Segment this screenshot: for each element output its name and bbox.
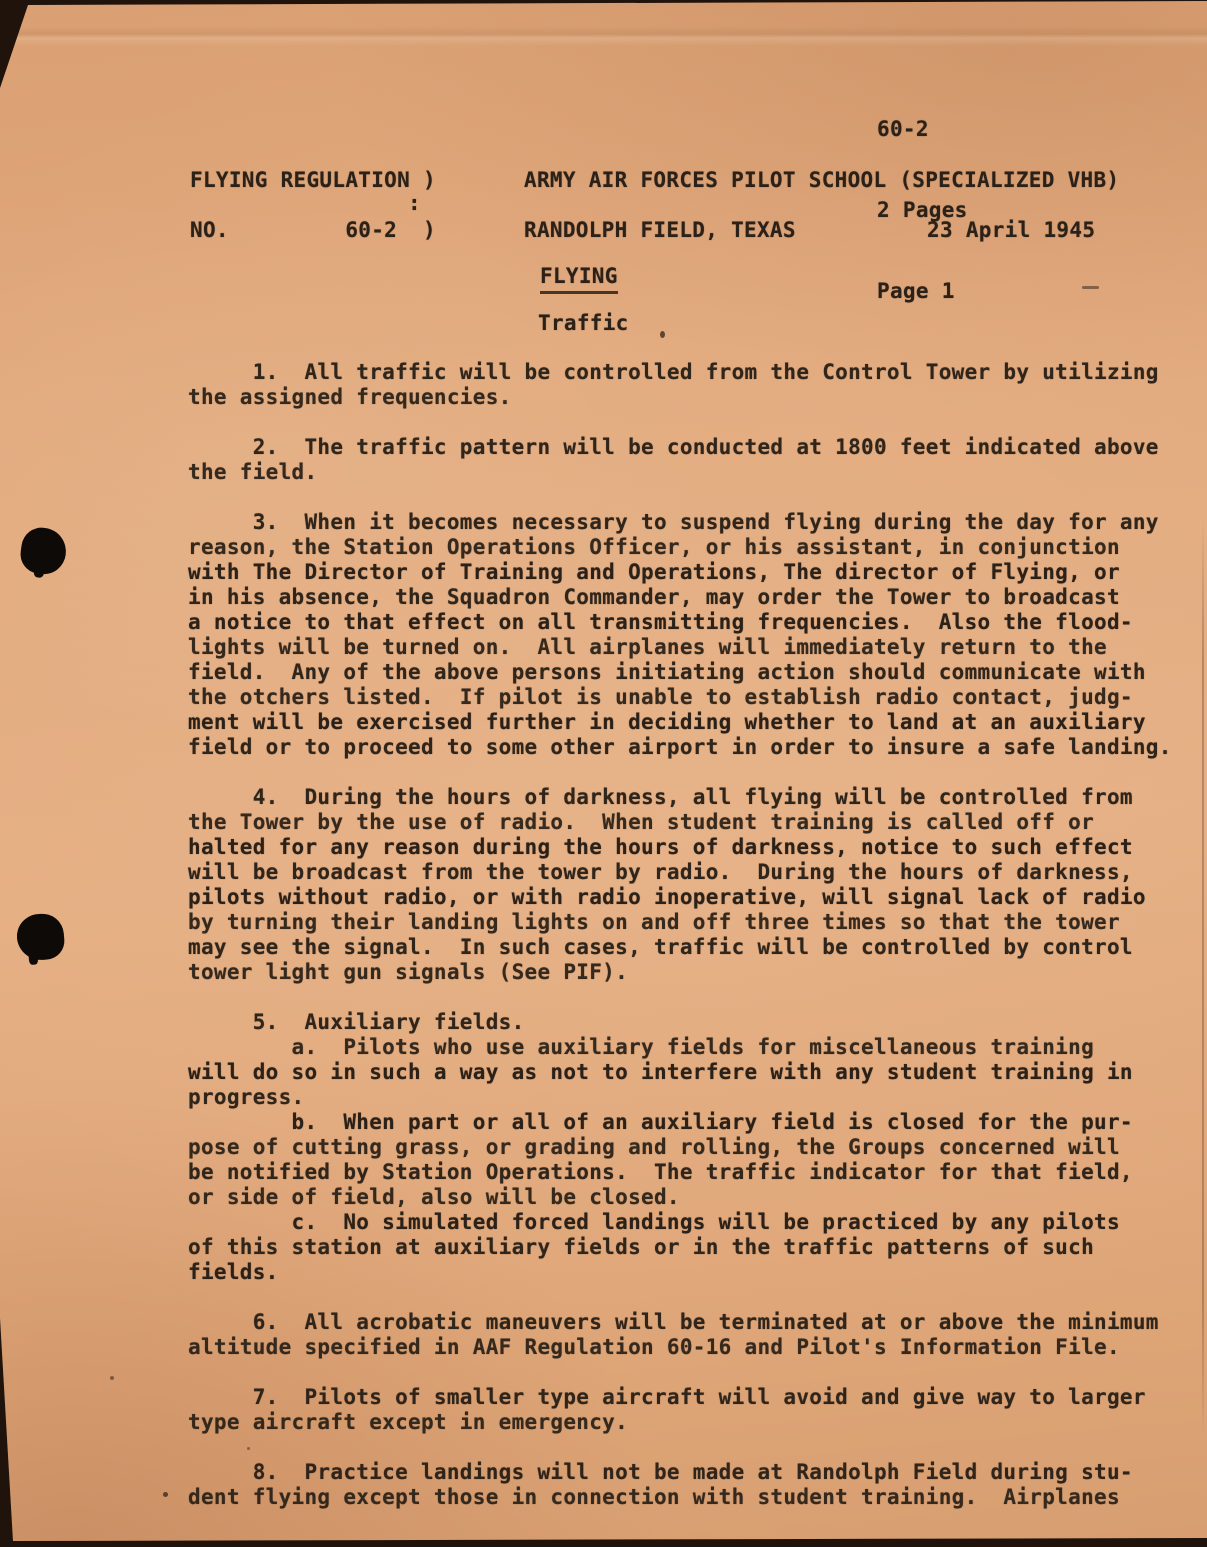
- paragraph-1: 1. All traffic will be controlled from t…: [188, 360, 1172, 410]
- document-line: 2. The traffic pattern will be conducted…: [188, 435, 1172, 460]
- document-line: the assigned frequencies.: [188, 385, 1172, 410]
- document-line: ment will be exercised further in decidi…: [188, 710, 1172, 735]
- document-line: progress.: [188, 1085, 1172, 1110]
- regulation-number: 60-2: [877, 116, 968, 143]
- punch-hole-mark-top: [18, 525, 69, 577]
- paragraph-5: 5. Auxiliary fields. a. Pilots who use a…: [188, 1010, 1172, 1285]
- issuing-location: RANDOLPH FIELD, TEXAS: [524, 218, 796, 243]
- document-line: type aircraft except in emergency.: [188, 1410, 1172, 1435]
- document-line: dent flying except those in connection w…: [188, 1485, 1172, 1510]
- document-line: a. Pilots who use auxiliary fields for m…: [188, 1035, 1172, 1060]
- document-line: field. Any of the above persons initiati…: [188, 660, 1172, 685]
- document-line: be notified by Station Operations. The t…: [188, 1160, 1172, 1185]
- scanned-document: 60-2 2 Pages Page 1 FLYING REGULATION ) …: [0, 0, 1207, 1547]
- document-line: will do so in such a way as not to inter…: [188, 1060, 1172, 1085]
- document-line: c. No simulated forced landings will be …: [188, 1210, 1172, 1235]
- document-line: in his absence, the Squadron Commander, …: [188, 585, 1172, 610]
- document-line: 4. During the hours of darkness, all fly…: [188, 785, 1172, 810]
- paragraph-7: 7. Pilots of smaller type aircraft will …: [188, 1385, 1172, 1435]
- document-line: of this station at auxiliary fields or i…: [188, 1235, 1172, 1260]
- document-line: b. When part or all of an auxiliary fiel…: [188, 1110, 1172, 1135]
- document-line: the otchers listed. If pilot is unable t…: [188, 685, 1172, 710]
- document-line: 5. Auxiliary fields.: [188, 1010, 1172, 1035]
- paragraph-4: 4. During the hours of darkness, all fly…: [188, 785, 1172, 985]
- document-line: a notice to that effect on all transmitt…: [188, 610, 1172, 635]
- document-line: may see the signal. In such cases, traff…: [188, 935, 1172, 960]
- document-line: pilots without radio, or with radio inop…: [188, 885, 1172, 910]
- ink-speck: [660, 331, 665, 338]
- page-corner-block: 60-2 2 Pages Page 1: [877, 62, 968, 359]
- paragraph-6: 6. All acrobatic maneuvers will be termi…: [188, 1310, 1172, 1360]
- document-line: field or to proceed to some other airpor…: [188, 735, 1172, 760]
- document-line: 3. When it becomes necessary to suspend …: [188, 510, 1172, 535]
- document-line: lights will be turned on. All airplanes …: [188, 635, 1172, 660]
- issue-date: 23 April 1945: [927, 218, 1095, 243]
- document-line: halted for any reason during the hours o…: [188, 835, 1172, 860]
- page-number: Page 1: [877, 278, 968, 305]
- issuing-authority: ARMY AIR FORCES PILOT SCHOOL (SPECIALIZE…: [524, 168, 1119, 193]
- regulation-title-line: FLYING REGULATION ): [190, 168, 436, 193]
- paper-crease: [0, 26, 1207, 46]
- document-line: 7. Pilots of smaller type aircraft will …: [188, 1385, 1172, 1410]
- document-line: altitude specified in AAF Regulation 60-…: [188, 1335, 1172, 1360]
- document-line: the field.: [188, 460, 1172, 485]
- page-edge-shadow: [1202, 520, 1204, 1440]
- document-title: FLYING: [540, 264, 618, 294]
- document-line: will be broadcast from the tower by radi…: [188, 860, 1172, 885]
- document-line: by turning their landing lights on and o…: [188, 910, 1172, 935]
- document-line: fields.: [188, 1260, 1172, 1285]
- ink-speck: [1082, 286, 1099, 289]
- document-line: with The Director of Training and Operat…: [188, 560, 1172, 585]
- document-line: 1. All traffic will be controlled from t…: [188, 360, 1172, 385]
- paragraph-3: 3. When it becomes necessary to suspend …: [188, 510, 1172, 760]
- document-body: 1. All traffic will be controlled from t…: [188, 360, 1172, 1510]
- paragraph-2: 2. The traffic pattern will be conducted…: [188, 435, 1172, 485]
- document-line: 8. Practice landings will not be made at…: [188, 1460, 1172, 1485]
- heading-separator: :: [408, 191, 421, 216]
- document-line: tower light gun signals (See PIF).: [188, 960, 1172, 985]
- document-line: 6. All acrobatic maneuvers will be termi…: [188, 1310, 1172, 1335]
- document-subtitle: Traffic: [538, 311, 629, 336]
- ink-speck: [110, 1376, 114, 1380]
- document-line: or side of field, also will be closed.: [188, 1185, 1172, 1210]
- ink-speck: [163, 1492, 168, 1497]
- regulation-number-line: NO. 60-2 ): [190, 218, 436, 243]
- punch-hole-mark-bottom: [15, 912, 66, 962]
- document-page: 60-2 2 Pages Page 1 FLYING REGULATION ) …: [0, 0, 1207, 1547]
- document-line: reason, the Station Operations Officer, …: [188, 535, 1172, 560]
- document-line: pose of cutting grass, or grading and ro…: [188, 1135, 1172, 1160]
- document-line: the Tower by the use of radio. When stud…: [188, 810, 1172, 835]
- paragraph-8: 8. Practice landings will not be made at…: [188, 1460, 1172, 1510]
